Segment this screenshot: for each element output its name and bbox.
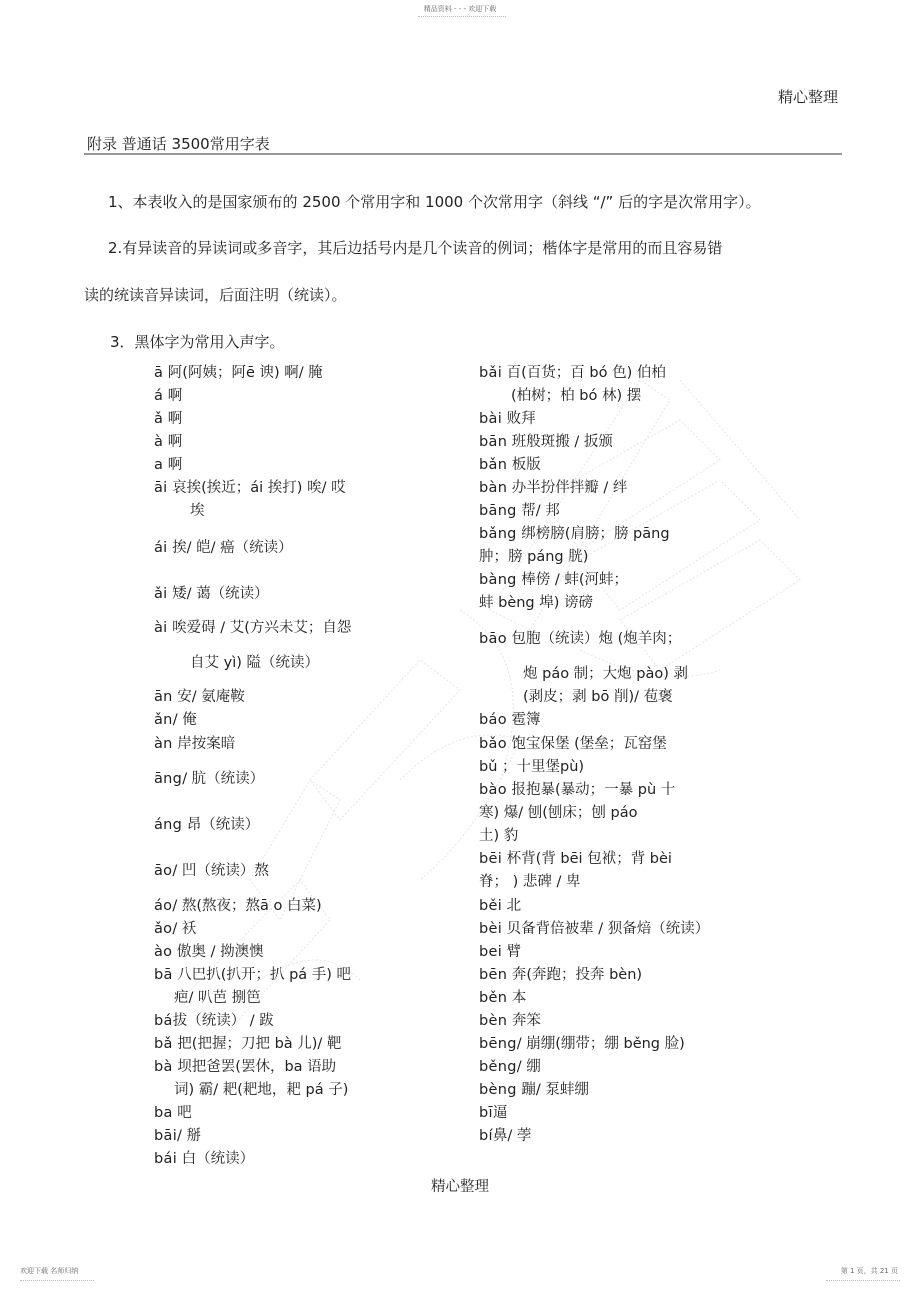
list-item: bài 败拜 — [479, 408, 536, 431]
list-item: āng/ 肮（统读） — [154, 768, 264, 791]
list-item-continuation: 肿；膀 páng 胱) — [479, 546, 588, 569]
list-item: ǎn/ 俺 — [154, 709, 197, 732]
list-item: bēi 杯背(背 bēi 包袱；背 bèi — [479, 848, 672, 871]
list-item: à 啊 — [154, 431, 182, 454]
list-item: ào 傲奥 / 拗澳懊 — [154, 941, 264, 964]
corner-title: 精心整理 — [778, 86, 838, 107]
list-item-continuation: bǔ ；十里堡pù) — [479, 756, 584, 779]
list-item: bǎn 板版 — [479, 454, 541, 477]
intro-paragraph-1: 1、本表收入的是国家颁布的 2500 个常用字和 1000 个次常用字（斜线 “… — [108, 191, 761, 212]
list-item: ā 阿(阿姨；阿ē 谀) 啊/ 腌 — [154, 362, 323, 385]
list-item: bá拔（统读） / 跋 — [154, 1010, 274, 1033]
footer-right-divider — [826, 1280, 900, 1281]
list-item: ái 挨/ 皑/ 癌（统读） — [154, 537, 293, 560]
list-item-continuation: 土) 豹 — [479, 825, 518, 848]
list-item: bǎo 饱宝保堡 (堡垒；瓦窑堡 — [479, 733, 667, 756]
list-item: bàn 办半扮伴拌瓣 / 绊 — [479, 477, 627, 500]
intro-paragraph-2-line-2: 读的统读音异读词，后面注明（统读）。 — [84, 284, 347, 305]
list-item: bā 八巴扒(扒开；扒 pá 手) 吧 — [154, 964, 351, 987]
list-item: bèn 奔笨 — [479, 1010, 541, 1033]
list-item-continuation: 炮 páo 制；大炮 pào) 剥 — [523, 663, 688, 686]
list-item: bàng 棒傍 / 蚌(河蚌； — [479, 569, 628, 592]
list-item: bèng 蹦/ 泵蚌绷 — [479, 1079, 589, 1102]
intro-paragraph-3: 3．黑体字为常用入声字。 — [110, 331, 285, 352]
page-number: 第 1 页，共 21 页 — [841, 1266, 898, 1276]
list-item: bǎng 绑榜膀(肩膀；膀 pāng — [479, 523, 670, 546]
list-item: báo 雹簿 — [479, 709, 540, 732]
list-item-continuation: 疤/ 叭芭 捌笆 — [174, 987, 261, 1010]
footer-left-note: 欢迎下载 名师归纳 — [20, 1266, 78, 1276]
banner-divider — [418, 16, 506, 17]
list-item: bǎi 百(百货；百 bó 色) 伯柏 — [479, 362, 666, 385]
top-banner: 精品资料 - - - 欢迎下载 — [0, 4, 920, 14]
list-item: áng 昂（统读） — [154, 814, 259, 837]
list-item: bèi 贝备背倍被辈 / 狈备焙（统读） — [479, 918, 709, 941]
intro-paragraph-2-line-1: 2.有异读音的异读词或多音字，其后边括号内是几个读音的例词；楷体字是常用的而且容… — [108, 237, 722, 258]
list-item: běng/ 绷 — [479, 1056, 541, 1079]
list-item: ān 安/ 氨庵鞍 — [154, 686, 245, 709]
list-item: bēng/ 崩绷(绷带；绷 běng 脸) — [479, 1033, 685, 1056]
list-item: běn 本 — [479, 987, 526, 1010]
list-item: ǎo/ 袄 — [154, 918, 196, 941]
list-item: bāi/ 掰 — [154, 1125, 201, 1148]
list-item: ba 吧 — [154, 1102, 192, 1125]
footer-left-divider — [20, 1280, 94, 1281]
list-item-continuation: 词) 霸/ 耙(耙地，耙 pá 子) — [174, 1079, 348, 1102]
list-item: āo/ 凹（统读）熬 — [154, 860, 269, 883]
list-item: bái 白（统读） — [154, 1148, 254, 1171]
list-item: āi 哀挨(挨近；ái 挨打) 唉/ 哎 — [154, 477, 346, 500]
list-item: bei 臂 — [479, 941, 521, 964]
list-item: bāng 帮/ 邦 — [479, 500, 560, 523]
list-item: běi 北 — [479, 895, 521, 918]
title-underline — [84, 153, 842, 155]
list-item: àn 岸按案暗 — [154, 733, 235, 756]
list-item: áo/ 熬(熬夜；熬ā o 白菜) — [154, 895, 322, 918]
list-item: bí鼻/ 荸 — [479, 1125, 531, 1148]
list-item: bào 报抱暴(暴动；一暴 pù 十 — [479, 779, 675, 802]
list-item-continuation: (剥皮；剥 bō 削)/ 苞褒 — [523, 686, 673, 709]
list-item-continuation: 蚌 bèng 埠) 谤磅 — [479, 592, 593, 615]
list-item: bī逼 — [479, 1102, 507, 1125]
list-item: a 啊 — [154, 454, 182, 477]
list-item: bēn 奔(奔跑；投奔 bèn) — [479, 964, 642, 987]
list-item: ǎ 啊 — [154, 408, 182, 431]
list-item: bà 坝把爸罢(罢休，ba 语助 — [154, 1056, 336, 1079]
list-item: bǎ 把(把握；刀把 bà 儿)/ 靶 — [154, 1033, 341, 1056]
list-item-continuation: (柏树；柏 bó 林) 摆 — [511, 385, 641, 408]
list-item: ài 唉爱碍 / 艾(方兴未艾；自怨 — [154, 617, 351, 640]
list-item-continuation: 寒) 爆/ 刨(刨床；刨 páo — [479, 802, 638, 825]
document-title: 附录 普通话 3500常用字表 — [87, 133, 270, 154]
list-item: ǎi 矮/ 蔼（统读） — [154, 583, 269, 606]
list-item-continuation: 埃 — [190, 500, 205, 523]
list-item: bān 班般斑搬 / 扳颁 — [479, 431, 613, 454]
list-item-continuation: 自艾 yì) 隘（统读） — [190, 652, 319, 675]
list-item: bāo 包胞（统读）炮 (炮羊肉； — [479, 628, 681, 651]
list-item: á 啊 — [154, 385, 182, 408]
list-item-continuation: 脊； ) 悲碑 / 卑 — [479, 871, 580, 894]
footer-title: 精心整理 — [0, 1175, 920, 1196]
